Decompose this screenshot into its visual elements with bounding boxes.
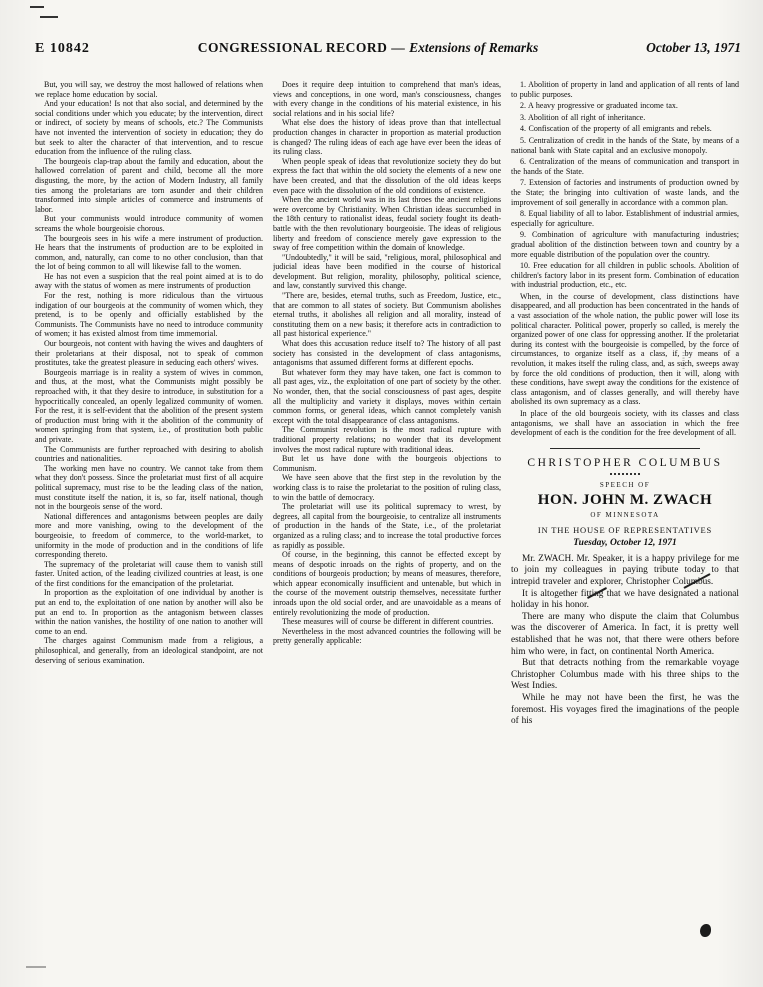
paragraph: And your education! Is not that also soc… — [35, 99, 263, 157]
section-divider — [550, 448, 700, 449]
list-item: 7. Extension of factories and instrument… — [511, 178, 739, 207]
list-item: 10. Free education for all children in p… — [511, 261, 739, 290]
speech-paragraph: There are many who dispute the claim tha… — [511, 612, 739, 658]
paragraph: In place of the old bourgeois society, w… — [511, 409, 739, 438]
paragraph: "There are, besides, eternal truths, suc… — [273, 291, 501, 339]
paragraph: What else does the history of ideas prov… — [273, 118, 501, 156]
paragraph: The Communists are further reproached wi… — [35, 445, 263, 464]
speech-paragraph: While he may not have been the first, he… — [511, 693, 739, 728]
list-item: 5. Centralization of credit in the hands… — [511, 136, 739, 155]
paragraph: Of course, in the beginning, this cannot… — [273, 550, 501, 617]
scan-artifact — [40, 16, 58, 18]
paragraph: But whatever form they may have taken, o… — [273, 368, 501, 426]
paragraph: When the ancient world was in its last t… — [273, 195, 501, 253]
paragraph: Does it require deep intuition to compre… — [273, 80, 501, 118]
column-3: 1. Abolition of property in land and app… — [511, 80, 739, 975]
list-item: 1. Abolition of property in land and app… — [511, 80, 739, 99]
paragraph: When people speak of ideas that revoluti… — [273, 157, 501, 195]
masthead-title: CONGRESSIONAL RECORD — — [198, 40, 409, 55]
paragraph: But, you will say, we destroy the most h… — [35, 80, 263, 99]
paragraph: National differences and antagonisms bet… — [35, 512, 263, 560]
speech-paragraph: It is altogether fitting that we have de… — [511, 589, 739, 612]
masthead-subtitle: Extensions of Remarks — [409, 40, 538, 55]
list-item: 8. Equal liability of all to labor. Esta… — [511, 209, 739, 228]
list-item: 6. Centralization of the means of commun… — [511, 157, 739, 176]
speech-of-label: SPEECH OF — [511, 481, 739, 489]
list-item: 9. Combination of agriculture with manuf… — [511, 230, 739, 259]
paragraph: Bourgeois marriage is in reality a syste… — [35, 368, 263, 445]
page-number: E 10842 — [35, 41, 90, 57]
page-header: E 10842 CONGRESSIONAL RECORD — Extension… — [35, 40, 741, 57]
paragraph: He has not even a suspicion that the rea… — [35, 272, 263, 291]
scan-artifact — [30, 6, 44, 8]
congressional-record-page: E 10842 CONGRESSIONAL RECORD — Extension… — [0, 0, 763, 987]
column-1: But, you will say, we destroy the most h… — [35, 80, 263, 975]
title-rule — [610, 473, 640, 475]
paragraph: But your communists would introduce comm… — [35, 214, 263, 233]
paragraph: Our bourgeois, not content with having t… — [35, 339, 263, 368]
paragraph: What does this accusation reduce itself … — [273, 339, 501, 368]
speech-paragraph: But that detracts nothing from the remar… — [511, 658, 739, 693]
text-columns: But, you will say, we destroy the most h… — [35, 80, 741, 975]
paragraph: In proportion as the exploitation of one… — [35, 588, 263, 636]
issue-date: October 13, 1971 — [646, 40, 741, 56]
paragraph: The proletariat will use its political s… — [273, 502, 501, 550]
column-2: Does it require deep intuition to compre… — [273, 80, 501, 975]
paragraph: The bourgeois sees in his wife a mere in… — [35, 234, 263, 272]
article-title: CHRISTOPHER COLUMBUS — [511, 457, 739, 469]
speech-body: Mr. ZWACH. Mr. Speaker, it is a happy pr… — [511, 554, 739, 728]
paragraph: We have seen above that the first step i… — [273, 473, 501, 502]
paragraph: The bourgeois clap-trap about the family… — [35, 157, 263, 215]
speech-date: Tuesday, October 12, 1971 — [511, 538, 739, 548]
manifesto-measures-list: 1. Abolition of property in land and app… — [511, 80, 739, 290]
paragraph: But let us have done with the bourgeois … — [273, 454, 501, 473]
paragraph: The charges against Communism made from … — [35, 636, 263, 665]
masthead: CONGRESSIONAL RECORD — Extensions of Rem… — [198, 40, 538, 56]
speaker-name: HON. JOHN M. ZWACH — [511, 492, 739, 509]
paragraph: The working men have no country. We cann… — [35, 464, 263, 512]
list-item: 3. Abolition of all right of inheritance… — [511, 113, 739, 123]
manifesto-closing: When, in the course of development, clas… — [511, 292, 739, 438]
list-item: 2. A heavy progressive or graduated inco… — [511, 101, 739, 111]
paragraph: When, in the course of development, clas… — [511, 292, 739, 407]
article-header: CHRISTOPHER COLUMBUS SPEECH OF HON. JOHN… — [511, 457, 739, 548]
speech-paragraph: Mr. ZWACH. Mr. Speaker, it is a happy pr… — [511, 554, 739, 589]
chamber-line: IN THE HOUSE OF REPRESENTATIVES — [511, 525, 739, 535]
paragraph: The supremacy of the proletariat will ca… — [35, 560, 263, 589]
paragraph: The Communist revolution is the most rad… — [273, 425, 501, 454]
list-item: 4. Confiscation of the property of all e… — [511, 124, 739, 134]
paragraph: "Undoubtedly," it will be said, "religio… — [273, 253, 501, 291]
speaker-state: OF MINNESOTA — [511, 511, 739, 519]
paragraph: Nevertheless in the most advanced countr… — [273, 627, 501, 646]
paragraph: These measures will of course be differe… — [273, 617, 501, 627]
paragraph: For the rest, nothing is more ridiculous… — [35, 291, 263, 339]
